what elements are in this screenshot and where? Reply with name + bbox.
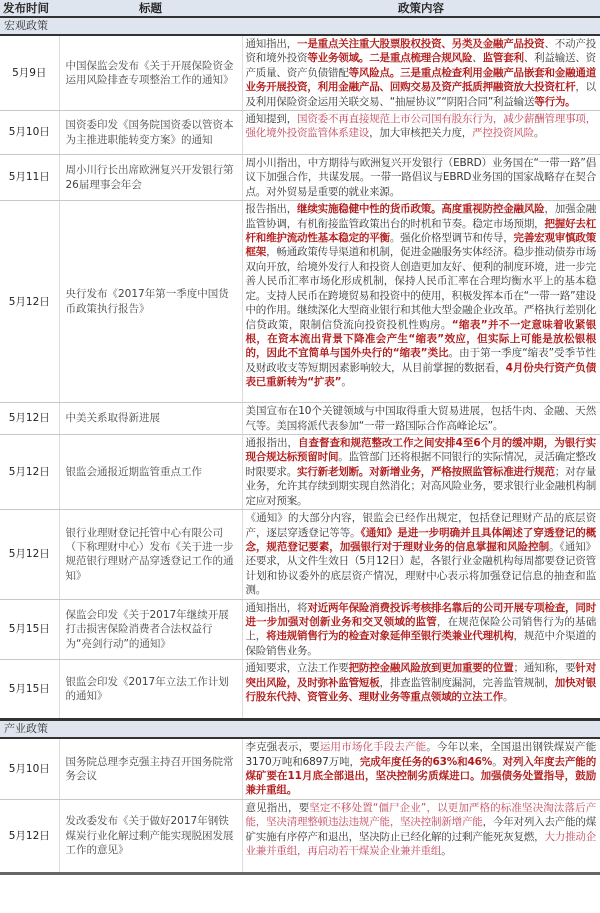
- table-header-row: 发布时间 标题 政策内容: [0, 0, 600, 17]
- row-title: 中国保监会发布《关于开展保险资金运用风险排查专项整治工作的通知》: [59, 35, 242, 111]
- row-policy-content: 周小川指出，中方期待与欧洲复兴开发银行（EBRD）业务国在“一带一路”倡议下加强…: [242, 155, 600, 201]
- table-row: 5月9日中国保监会发布《关于开展保险资金运用风险排查专项整治工作的通知》通知指出…: [0, 35, 600, 111]
- row-policy-content: 通知要求，立法工作要把防控金融风险放到更加重要的位置；通知称，要针对突出风险，及…: [242, 660, 600, 720]
- row-policy-content: 通知指出，一是重点关注重大股票股权投资、另类及金融产品投资、不动产投资和境外投资…: [242, 35, 600, 111]
- row-policy-content: 通报指出，自查督查和规范整改工作之间安排4至6个月的缓冲期，为银行实现合规达标预…: [242, 435, 600, 510]
- row-date: 5月15日: [0, 599, 59, 660]
- content-text: 通知要求，立法工作要: [246, 662, 349, 674]
- content-highlight: 继续实施稳健中性的货币政策。高度重视防控金融风险: [297, 203, 544, 215]
- content-highlight: 严控投资风险: [472, 127, 534, 139]
- content-highlight: 监管套利: [483, 52, 524, 64]
- content-text: 。: [492, 756, 502, 768]
- table-body: 宏观政策5月9日中国保监会发布《关于开展保险资金运用风险排查专项整治工作的通知》…: [0, 17, 600, 873]
- row-policy-content: 通知指出，将对近两年保险消费投诉考核排名靠后的公司开展专项检查，同时进一步加强对…: [242, 599, 600, 660]
- row-title: 银监会印发《2017年立法工作计划的通知》: [59, 660, 242, 720]
- row-date: 5月11日: [0, 155, 59, 201]
- row-date: 5月10日: [0, 111, 59, 155]
- header-date: 发布时间: [0, 0, 59, 17]
- section-label: 产业政策: [0, 720, 600, 739]
- row-date: 5月12日: [0, 510, 59, 599]
- content-highlight: 坚定不移处置“僵尸企业”: [309, 802, 426, 814]
- row-title: 中美关系取得新进展: [59, 403, 242, 435]
- row-policy-content: 报告指出，继续实施稳健中性的货币政策。高度重视防控金融风险，加强金融监管协调，有…: [242, 201, 600, 403]
- table-row: 5月15日保监会印发《关于2017年继续开展打击损害保险消费者合法权益行为“亮剑…: [0, 599, 600, 660]
- content-highlight: 实行新老划断。对新增业务，严格按照监管标准进行规范: [297, 466, 555, 478]
- row-policy-content: 李克强表示，要运用市场化手段去产能。今年以来，全国退出钢铁煤炭产能3170万吨和…: [242, 738, 600, 799]
- table-row: 5月12日央行发布《2017年第一季度中国货币政策执行报告》报告指出，继续实施稳…: [0, 201, 600, 403]
- row-date: 5月12日: [0, 799, 59, 873]
- content-highlight: 完成年度任务的63%和46%: [360, 756, 492, 768]
- content-text: 。: [341, 376, 351, 388]
- content-text: 报告指出，: [246, 203, 298, 215]
- content-highlight: 运用市场化手段去产能: [320, 741, 426, 753]
- content-highlight: 等行为。: [534, 96, 575, 108]
- content-text: 周小川指出，中方期待与欧洲复兴开发银行（EBRD）业务国在“一带一路”倡议下加强…: [246, 157, 597, 198]
- content-highlight: 等业务领域。二是重点梳理合规风险: [307, 52, 472, 64]
- row-date: 5月10日: [0, 738, 59, 799]
- table-row: 5月10日国务院总理李克强主持召开国务院常务会议李克强表示，要运用市场化手段去产…: [0, 738, 600, 799]
- row-title: 周小川行长出席欧洲复兴开发银行第26届理事会年会: [59, 155, 242, 201]
- content-text: 。: [534, 127, 544, 139]
- table-row: 5月12日银行业理财登记托管中心有限公司（下称理财中心）发布《关于进一步规范银行…: [0, 510, 600, 599]
- row-title: 银行业理财登记托管中心有限公司（下称理财中心）发布《关于进一步规范银行理财产品穿…: [59, 510, 242, 599]
- section-label: 宏观政策: [0, 17, 600, 35]
- row-title: 国资委印发《国务院国资委以管资本为主推进职能转变方案》的通知: [59, 111, 242, 155]
- row-title: 央行发布《2017年第一季度中国货币政策执行报告》: [59, 201, 242, 403]
- content-text: 意见指出，要: [246, 802, 310, 814]
- content-highlight: 一是重点关注重大股票股权投资、另类及金融产品投资: [297, 38, 544, 50]
- content-text: ，加大审核把关力度，: [369, 127, 472, 139]
- row-title: 银监会通报近期监管重点工作: [59, 435, 242, 510]
- content-text: ，排查监管制度漏洞，完善监管规制，: [380, 677, 555, 689]
- policy-table: 发布时间 标题 政策内容 宏观政策5月9日中国保监会发布《关于开展保险资金运用风…: [0, 0, 600, 875]
- content-text: 通知指出，: [246, 38, 298, 50]
- table-row: 5月12日中美关系取得新进展美国宣布在10个关键领域与中国取得重大贸易进展，包括…: [0, 403, 600, 435]
- content-text: 通报指出，: [246, 437, 299, 449]
- content-text: 。: [503, 691, 513, 703]
- content-text: 、: [472, 52, 482, 64]
- table-row: 5月12日银监会通报近期监管重点工作通报指出，自查督查和规范整改工作之间安排4至…: [0, 435, 600, 510]
- row-policy-content: 通知提到，国资委不再直接规范上市公司国有股东行为，减少薪酬管理事项，强化境外投资…: [242, 111, 600, 155]
- row-date: 5月9日: [0, 35, 59, 111]
- table-row: 5月15日银监会印发《2017年立法工作计划的通知》通知要求，立法工作要把防控金…: [0, 660, 600, 720]
- content-text: 通知提到，: [246, 113, 298, 125]
- header-content: 政策内容: [242, 0, 600, 17]
- header-title: 标题: [59, 0, 242, 17]
- table-row: 5月12日发改委发布《关于做好2017年钢铁煤炭行业化解过剩产能实现脱困发展工作…: [0, 799, 600, 873]
- content-text: 通知指出，将: [246, 602, 308, 614]
- row-date: 5月12日: [0, 435, 59, 510]
- row-title: 保监会印发《关于2017年继续开展打击损害保险消费者合法权益行为“亮剑行动”的通…: [59, 599, 242, 660]
- content-text: 美国宣布在10个关键领域与中国取得重大贸易进展，包括牛肉、金融、天然气等。美国将…: [246, 405, 597, 431]
- row-date: 5月12日: [0, 201, 59, 403]
- row-date: 5月15日: [0, 660, 59, 720]
- row-policy-content: 《通知》的大部分内容，银监会已经作出规定，包括登记理财产品的底层资产，逐层穿透登…: [242, 510, 600, 599]
- content-highlight: 将违规销售行为的检查对象延伸至银行类兼业代理机构: [266, 630, 513, 642]
- row-title: 国务院总理李克强主持召开国务院常务会议: [59, 738, 242, 799]
- table-row: 5月11日周小川行长出席欧洲复兴开发银行第26届理事会年会周小川指出，中方期待与…: [0, 155, 600, 201]
- content-highlight: 把防控金融风险放到更加重要的位置: [349, 662, 514, 674]
- content-text: ；通知称，要: [514, 662, 576, 674]
- content-text: 李克强表示，要: [246, 741, 320, 753]
- content-text: 。强化价格型调节和传导，: [390, 232, 514, 244]
- table-row: 5月10日国资委印发《国务院国资委以管资本为主推进职能转变方案》的通知通知提到，…: [0, 111, 600, 155]
- row-policy-content: 美国宣布在10个关键领域与中国取得重大贸易进展，包括牛肉、金融、天然气等。美国将…: [242, 403, 600, 435]
- content-text: 。: [441, 845, 451, 857]
- row-policy-content: 意见指出，要坚定不移处置“僵尸企业”，以更加严格的标准坚决淘汰落后产能，坚决清理…: [242, 799, 600, 873]
- row-title: 发改委发布《关于做好2017年钢铁煤炭行业化解过剩产能实现脱困发展工作的意见》: [59, 799, 242, 873]
- section-header-row: 产业政策: [0, 720, 600, 739]
- section-header-row: 宏观政策: [0, 17, 600, 35]
- row-date: 5月12日: [0, 403, 59, 435]
